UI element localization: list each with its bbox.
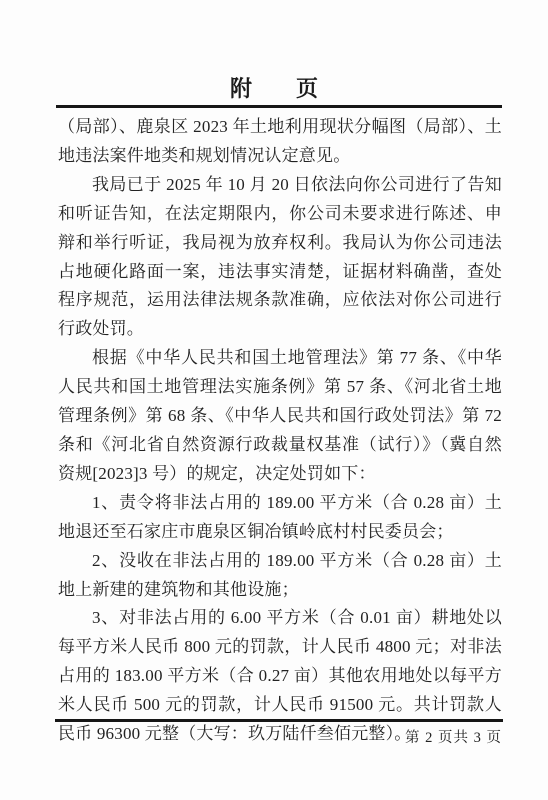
- scanned-document-page: 附 页 （局部）、鹿泉区 2023 年土地利用现状分幅图（局部）、土地违法案件地…: [0, 0, 548, 800]
- page-number: 第 2 页共 3 页: [58, 726, 502, 747]
- title-divider-line: [56, 105, 502, 108]
- paragraph-notification: 我局已于 2025 年 10 月 20 日依法向你公司进行了告知和听证告知，在法…: [58, 171, 502, 344]
- page-title: 附 页: [0, 72, 548, 103]
- paragraph-continuation: （局部）、鹿泉区 2023 年土地利用现状分幅图（局部）、土地违法案件地类和规划…: [58, 113, 502, 171]
- paragraph-penalty-item-1: 1、责令将非法占用的 189.00 平方米（合 0.28 亩）土地退还至石家庄市…: [58, 489, 502, 547]
- footer-divider-line: [55, 719, 503, 722]
- paragraph-penalty-item-2: 2、没收在非法占用的 189.00 平方米（合 0.28 亩）土地上新建的建筑物…: [58, 547, 502, 605]
- paragraph-legal-basis: 根据《中华人民共和国土地管理法》第 77 条、《中华人民共和国土地管理法实施条例…: [58, 344, 502, 489]
- document-body: （局部）、鹿泉区 2023 年土地利用现状分幅图（局部）、土地违法案件地类和规划…: [58, 113, 502, 749]
